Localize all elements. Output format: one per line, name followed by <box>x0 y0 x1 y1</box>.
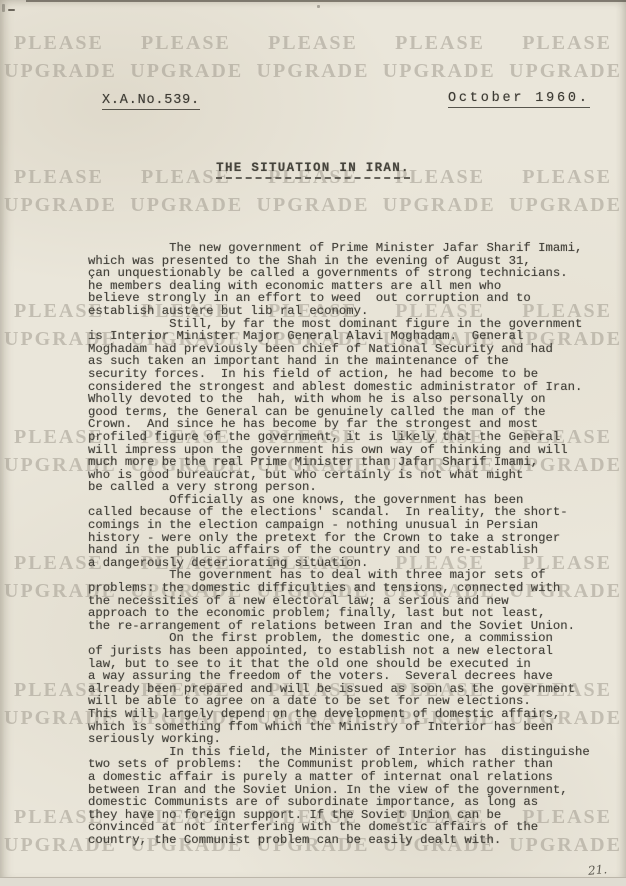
watermark-line-please: PLEASEPLEASEPLEASEPLEASEPLEASE <box>0 32 626 55</box>
body-line: establish austere but lib ral economy. <box>88 305 618 318</box>
body-line: hand in the public affairs of the countr… <box>88 544 618 557</box>
body-line: a domestic affair is purely a matter of … <box>88 771 618 784</box>
handwritten-page-number: 21. <box>587 862 607 878</box>
body-line: The new government of Prime Minister Jaf… <box>88 242 618 255</box>
watermark-line-upgrade: UPGRADEUPGRADEUPGRADEUPGRADEUPGRADE <box>0 194 626 217</box>
watermark-word: PLEASE <box>395 32 485 55</box>
watermark-word: PLEASE <box>14 32 104 55</box>
scan-speck <box>317 5 320 8</box>
body-line: be called a very strong person. <box>88 481 618 494</box>
body-line: a way assuring the freedom of the voters… <box>88 670 618 683</box>
scan-speck <box>8 9 15 11</box>
body-line: is Interior Minister Major General Alavi… <box>88 330 618 343</box>
body-line: seriously working. <box>88 733 618 746</box>
watermark-word: UPGRADE <box>383 194 496 217</box>
watermark-word: UPGRADE <box>130 194 243 217</box>
body-line: comings in the election campaign - nothi… <box>88 519 618 532</box>
body-line: problems: the domestic difficulties and … <box>88 582 618 595</box>
document-page: PLEASEPLEASEPLEASEPLEASEPLEASEUPGRADEUPG… <box>0 0 626 886</box>
watermark-word: PLEASE <box>14 166 104 189</box>
watermark-word: PLEASE <box>522 166 612 189</box>
body-line: Wholly devoted to the hah, with whom he … <box>88 393 618 406</box>
watermark-word: UPGRADE <box>4 194 117 217</box>
watermark-word: UPGRADE <box>383 60 496 83</box>
body-line: profiled figure of the government, it is… <box>88 431 618 444</box>
watermark-word: UPGRADE <box>257 60 370 83</box>
watermark-word: UPGRADE <box>4 60 117 83</box>
body-line: security forces. In his field of action,… <box>88 368 618 381</box>
body-line: of jurists has been appointed, to establ… <box>88 645 618 658</box>
body-line: country, the Communist problem can be ea… <box>88 834 618 847</box>
watermark-word: PLEASE <box>522 32 612 55</box>
document-date: October 1960. <box>448 91 590 108</box>
document-body: The new government of Prime Minister Jaf… <box>88 242 618 847</box>
body-line: approach to the economic problem; finall… <box>88 607 618 620</box>
watermark-word: UPGRADE <box>509 194 622 217</box>
body-line: This will largely depend on the developm… <box>88 708 618 721</box>
scan-top-edge <box>26 0 626 2</box>
body-line: domestic Communists are of subordinate i… <box>88 796 618 809</box>
watermark-word: UPGRADE <box>509 60 622 83</box>
scan-speck <box>2 4 5 12</box>
watermark-line-upgrade: UPGRADEUPGRADEUPGRADEUPGRADEUPGRADE <box>0 60 626 83</box>
watermark-word: PLEASE <box>141 32 231 55</box>
watermark-word: UPGRADE <box>130 60 243 83</box>
document-title: THE SITUATION IN IRAN. <box>216 161 410 179</box>
body-line: çan unquestionably be called a governmen… <box>88 267 618 280</box>
scan-bottom-edge <box>0 877 626 886</box>
reference-number: X.A.No.539. <box>102 93 200 110</box>
body-line: much more be the real Prime Minister tha… <box>88 456 618 469</box>
watermark-word: UPGRADE <box>257 194 370 217</box>
watermark-word: PLEASE <box>268 32 358 55</box>
